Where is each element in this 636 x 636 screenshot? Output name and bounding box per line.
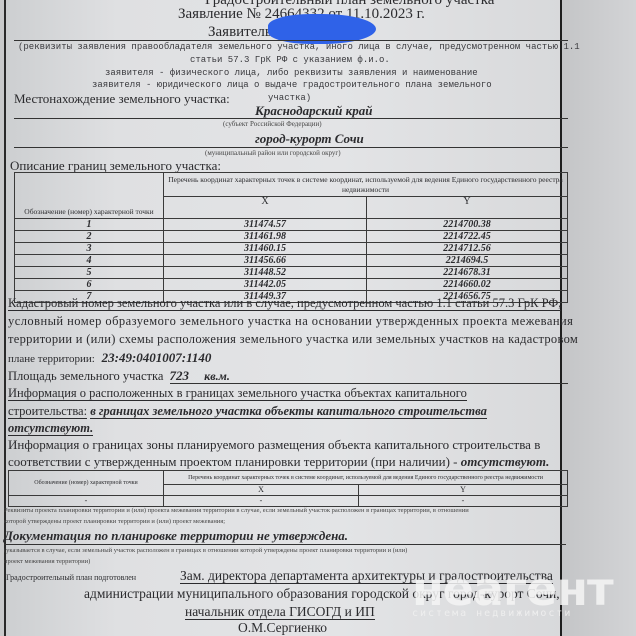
table-row: 6311442.052214660.02 [15,279,568,291]
cadastral-number-row: плане территории: 23:49:0401007:1140 [8,350,211,366]
applicant-note-line: заявителя - юридического лица о выдаче г… [92,80,492,90]
applicant-label: Заявитель [208,24,272,41]
col-x-header: X [164,197,367,219]
area-unit: кв.м. [204,369,230,383]
preparer-department: начальник отдела ГИСОГД и ИП [185,604,375,620]
planned-zone-row: соответствии с утвержденным проектом пла… [8,454,549,470]
col-y-header: Y [359,485,568,496]
capital-objects-row: строительства: в границах земельного уча… [8,404,487,419]
prepared-by-label: Градостроительный план подготовлен [6,573,136,582]
planned-zone-line: Информация о границах зоны планируемого … [8,437,540,453]
capital-objects-value-end: отсутствуют. [8,421,93,436]
planned-zone-value: отсутствуют. [461,454,550,469]
location-municipality: город-курорт Сочи [255,131,364,147]
area-label: Площадь земельного участка [8,369,163,383]
cadastral-line: территории и (или) схемы расположения зе… [8,332,578,347]
applicant-note-line: заявителя - физического лица, либо рекви… [105,68,478,78]
planning-project-note: Реквизиты проекта планировки территории … [4,507,469,514]
capital-objects-value: в границах земельного участка объекты ка… [90,404,487,419]
planning-project-caption: (указывается в случае, если земельный уч… [4,547,407,554]
subject-caption: (субъект Российской Федерации) [223,120,322,128]
table-row: 5311448.522214678.31 [15,267,568,279]
preparer-signature: О.М.Сергиенко [238,620,327,636]
applicant-note-line: (реквизиты заявления правообладателя зем… [18,42,580,52]
table-row: 3311460.152214712.56 [15,243,568,255]
boundary-coordinates-table: Обозначение (номер) характерной точки Пе… [14,172,568,303]
location-label: Местонахождение земельного участка: [14,91,230,107]
table-row: - - - [9,496,568,507]
applicant-note-line: участка) [268,93,311,103]
capital-objects-label: Информация о расположенных в границах зе… [8,386,467,401]
planning-project-note: которой утверждены проект планировки тер… [4,518,225,525]
col-point-header: Обозначение (номер) характерной точки [9,471,164,496]
col-coords-header: Перечень координат характерных точек в с… [164,471,568,485]
col-point-header: Обозначение (номер) характерной точки [15,173,164,219]
planning-project-value: Документация по планировке территории не… [4,528,348,544]
cadastral-label: плане территории: [8,353,95,365]
municipality-caption: (муниципальный район или городской округ… [205,149,341,157]
watermark-tagline: система недвижимости [412,608,572,619]
cadastral-line: Кадастровый номер земельного участка или… [8,296,561,311]
table-row: 1311474.572214700.38 [15,219,568,231]
col-coords-header: Перечень координат характерных точек в с… [164,173,568,197]
table-row: 2311461.982214722.45 [15,231,568,243]
table-row: 4311456.662214694.5 [15,255,568,267]
planned-zone-table: Обозначение (номер) характерной точки Пе… [8,470,568,507]
location-subject: Краснодарский край [255,103,372,119]
area-value: 723 [170,368,190,383]
cadastral-line: условный номер образуемого земельного уч… [8,314,573,329]
area-row: Площадь земельного участка 723 кв.м. [8,368,230,384]
planning-project-caption: проект межевания территории) [4,558,90,565]
col-x-header: X [164,485,359,496]
applicant-note-line: статьи 57.3 ГрК РФ с указанием ф.и.о. [190,55,390,65]
col-y-header: Y [367,197,568,219]
cadastral-number: 23:49:0401007:1140 [102,350,212,365]
